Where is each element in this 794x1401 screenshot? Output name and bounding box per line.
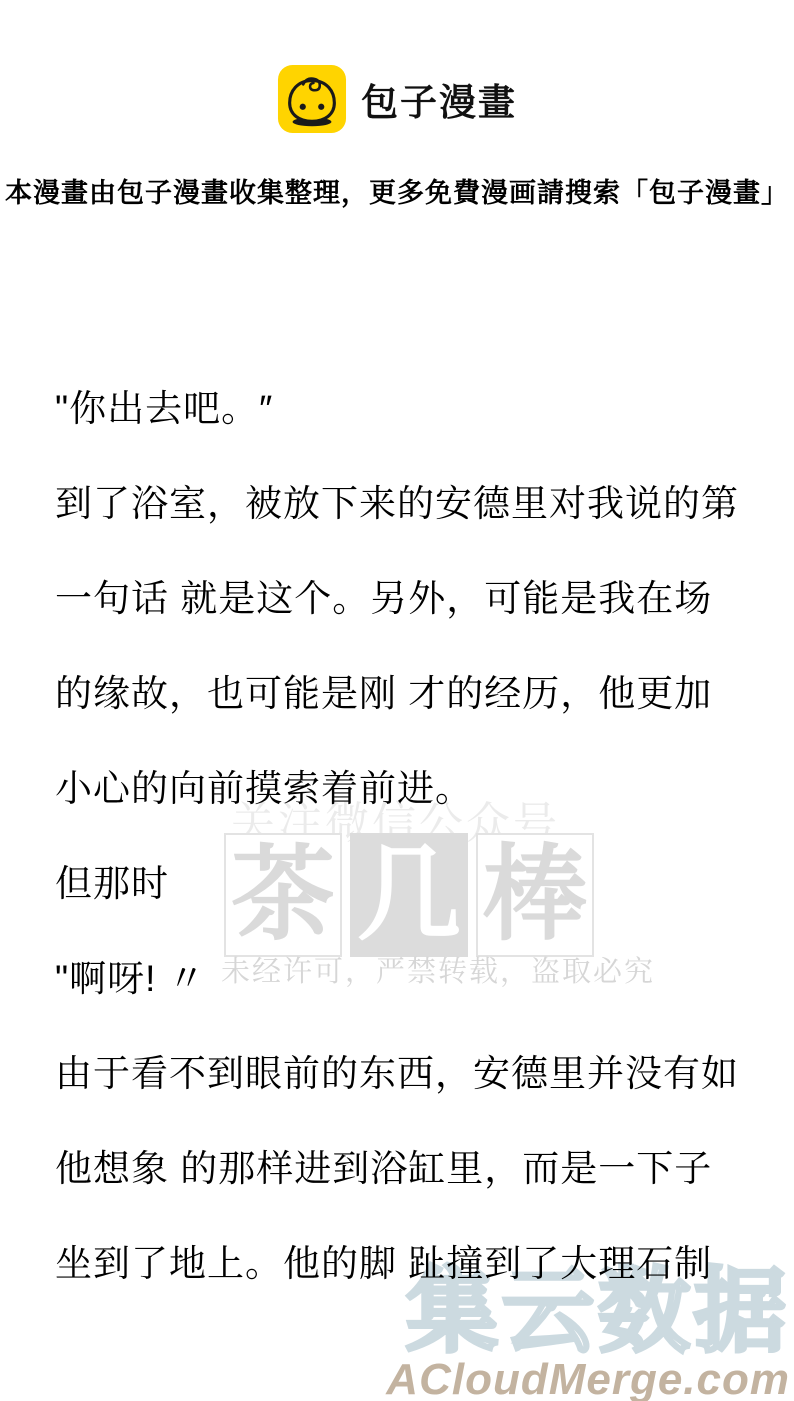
brand-name: 包子漫畫: [361, 72, 517, 126]
text-line: "你出去吧。″: [55, 361, 774, 456]
watermark-site-en: ACloudMerge.com: [386, 1356, 790, 1401]
text-line: 小心的向前摸索着前进。: [55, 741, 774, 836]
disclaimer-text: 本漫畫由包子漫畫收集整理，更多免費漫画請搜索「包子漫畫」: [0, 171, 794, 210]
text-line: 坐到了地上。他的脚 趾撞到了大理石制: [55, 1216, 774, 1311]
story-text-block: "你出去吧。″ 到了浴室，被放下来的安德里对我说的第 一句话 就是这个。另外，可…: [55, 361, 774, 1311]
baozi-bun-icon: [277, 64, 347, 134]
text-line: 但那时: [55, 836, 774, 931]
text-line: 由于看不到眼前的东西，安德里并没有如: [55, 1026, 774, 1121]
text-line: 一句话 就是这个。另外，可能是我在场: [55, 551, 774, 646]
text-line: 的缘故，也可能是刚 才的经历，他更加: [55, 646, 774, 741]
manga-text-page: 包子漫畫 本漫畫由包子漫畫收集整理，更多免費漫画請搜索「包子漫畫」 关注微信公众…: [0, 0, 794, 1401]
brand-header: 包子漫畫: [0, 64, 794, 134]
text-line: "啊呀! 〃: [55, 931, 774, 1026]
text-line: 他想象 的那样进到浴缸里，而是一下子: [55, 1121, 774, 1216]
text-line: 到了浴室，被放下来的安德里对我说的第: [55, 456, 774, 551]
